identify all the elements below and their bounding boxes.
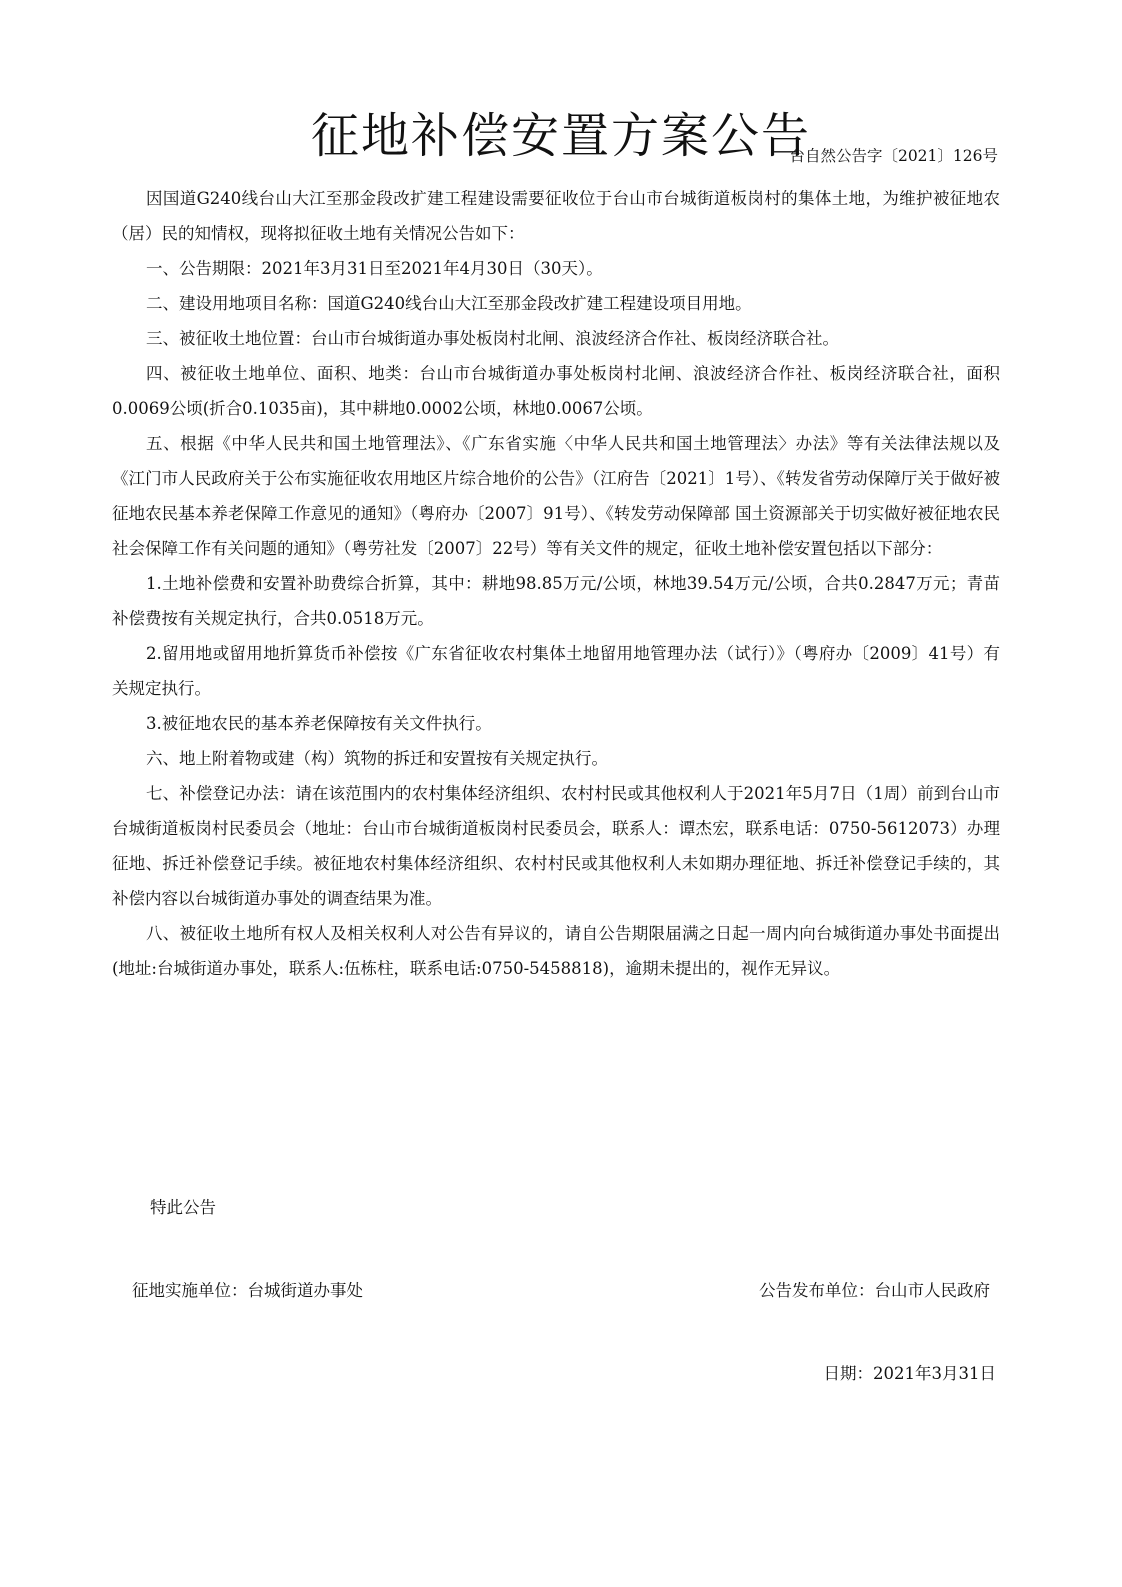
section-land-area: 四、被征收土地单位、面积、地类：台山市台城街道办事处板岗村北闸、浪波经济合作社、… [112,356,1000,426]
section-legal-basis: 五、根据《中华人民共和国土地管理法》、《广东省实施〈中华人民共和国土地管理法〉办… [112,426,1000,566]
item-pension: 3.被征地农民的基本养老保障按有关文件执行。 [112,706,1000,741]
item-reserved-land: 2.留用地或留用地折算货币补偿按《广东省征收农村集体土地留用地管理办法（试行）》… [112,636,1000,706]
document-body: 因国道G240线台山大江至那金段改扩建工程建设需要征收位于台山市台城街道板岗村的… [112,181,1000,986]
intro-paragraph: 因国道G240线台山大江至那金段改扩建工程建设需要征收位于台山市台城街道板岗村的… [112,181,1000,251]
document-date: 日期：2021年3月31日 [824,1361,997,1387]
item-compensation-fees: 1.土地补偿费和安置补助费综合折算，其中：耕地98.85万元/公顷，林地39.5… [112,566,1000,636]
section-demolition: 六、地上附着物或建（构）筑物的拆迁和安置按有关规定执行。 [112,741,1000,776]
implementing-unit: 征地实施单位：台城街道办事处 [132,1278,363,1304]
section-registration: 七、补偿登记办法：请在该范围内的农村集体经济组织、农村村民或其他权利人于2021… [112,776,1000,916]
publishing-unit: 公告发布单位：台山市人民政府 [759,1278,990,1304]
document-number: 台自然公告字〔2021〕126号 [789,145,998,167]
closing-statement: 特此公告 [150,1195,216,1221]
section-project-name: 二、建设用地项目名称：国道G240线台山大江至那金段改扩建工程建设项目用地。 [112,286,1000,321]
section-notice-period: 一、公告期限：2021年3月31日至2021年4月30日（30天）。 [112,251,1000,286]
section-objection: 八、被征收土地所有权人及相关权利人对公告有异议的，请自公告期限届满之日起一周内向… [112,916,1000,986]
section-land-location: 三、被征收土地位置：台山市台城街道办事处板岗村北闸、浪波经济合作社、板岗经济联合… [112,321,1000,356]
